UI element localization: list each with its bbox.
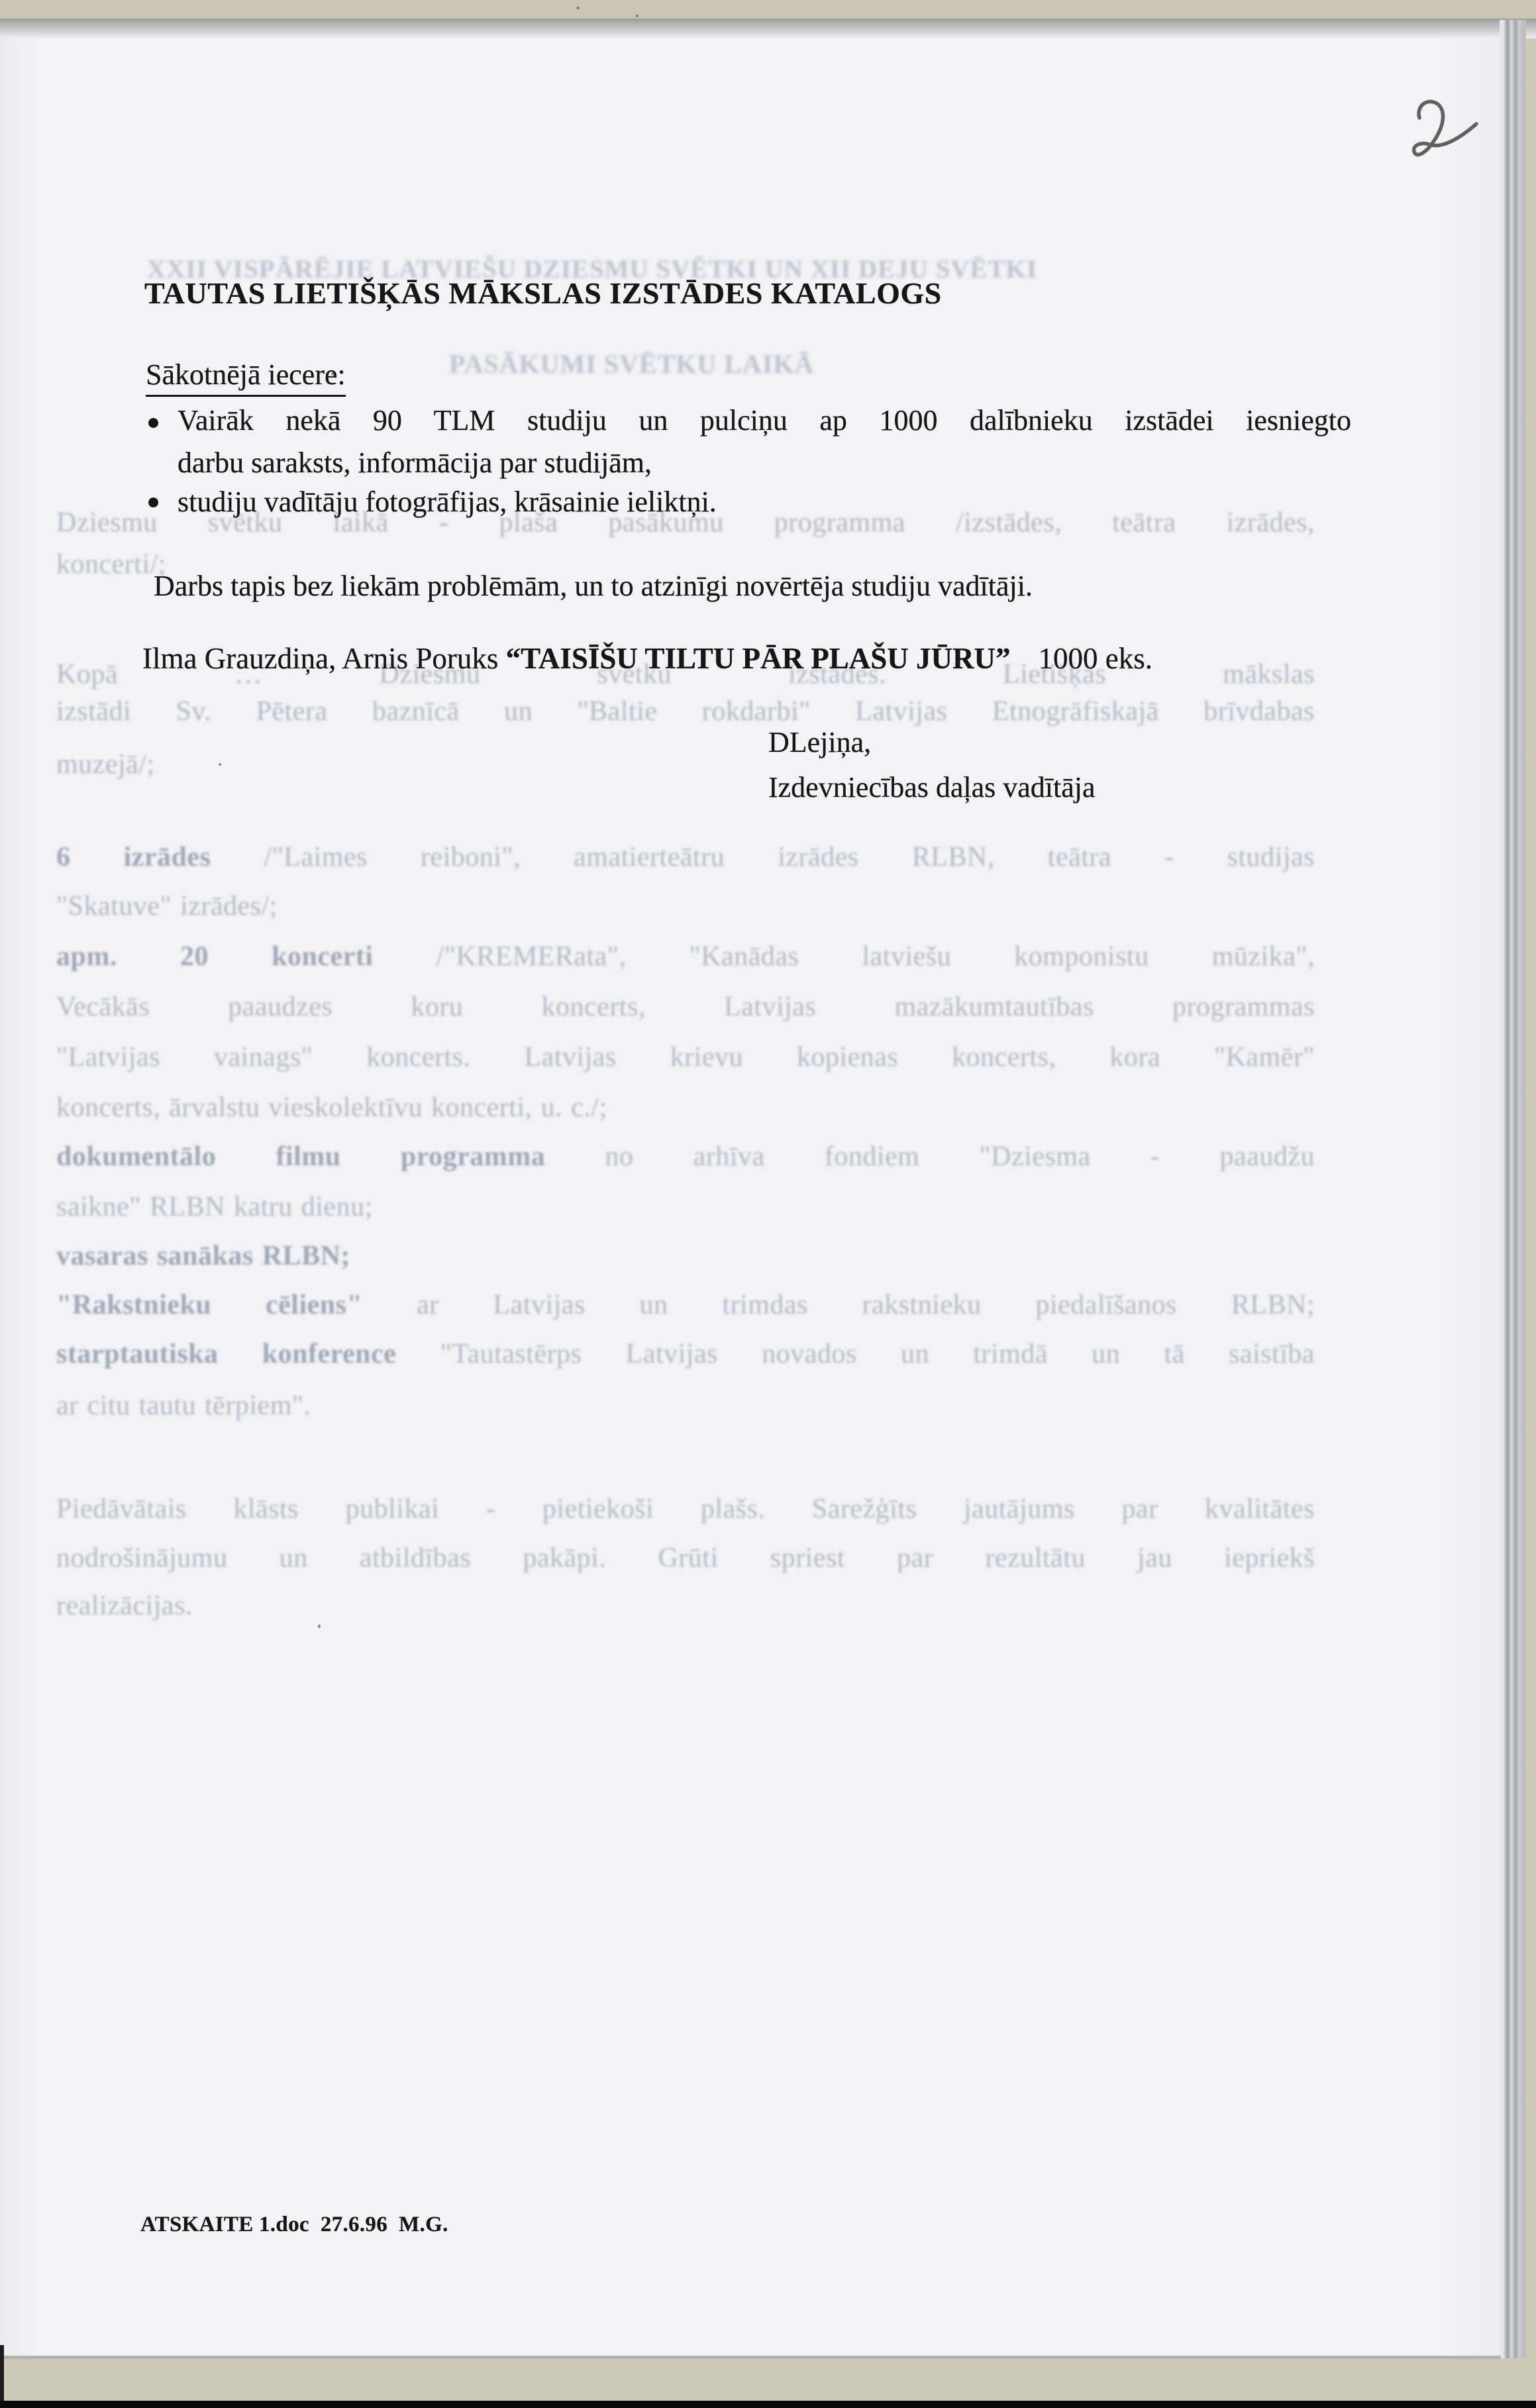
ghost-heading-events: PASĀKUMI SVĒTKU LAIKĀ bbox=[449, 348, 814, 380]
ghost-line: "Rakstnieku cēliens" ar Latvijas un trim… bbox=[56, 1288, 1315, 1322]
ghost-line: vasaras sanākas RLBN; bbox=[56, 1239, 350, 1273]
ghost-line: "Latvijas vainags" koncerts. Latvijas kr… bbox=[56, 1040, 1315, 1074]
book-authors: Ilma Grauzdiņa, Arnis Poruks bbox=[142, 642, 506, 675]
ghost-line: koncerts, ārvalstu vieskolektīvu koncert… bbox=[56, 1090, 607, 1125]
book-title: “TAISĪŠU TILTU PĀR PLAŠU JŪRU” bbox=[506, 642, 1011, 675]
signature-role: Izdevniecības daļas vadītāja bbox=[768, 766, 1096, 810]
ghost-line: ar citu tautu tērpiem". bbox=[56, 1388, 311, 1423]
ghost-line: nodrošinājumu un atbildības pakāpi. Grūt… bbox=[56, 1541, 1315, 1575]
scan-border-left bbox=[0, 2345, 4, 2408]
ghost-line: realizācijas. bbox=[56, 1589, 193, 1623]
bullet-item-line: studiju vadītāju fotogrāfijas, krāsainie… bbox=[178, 480, 717, 524]
ghost-line: "Skatuve" izrādes/; bbox=[56, 889, 278, 923]
document-title: TAUTAS LIETIŠĶĀS MĀKSLAS IZSTĀDES KATALO… bbox=[144, 276, 942, 311]
scan-border-bottom bbox=[0, 2401, 1536, 2408]
ghost-line: saikne" RLBN katru dienu; bbox=[56, 1190, 373, 1224]
bullet-item-line: darbu saraksts, informācija par studijām… bbox=[178, 441, 652, 485]
dust-speck bbox=[318, 1624, 321, 1628]
bullet-item-line: Vairāk nekā 90 TLM studiju un pulciņu ap… bbox=[178, 399, 1351, 443]
footer-file-reference: ATSKAITE 1.doc 27.6.96 M.G. bbox=[140, 2213, 448, 2237]
ghost-line: Piedāvātais klāsts publikai - pietiekoši… bbox=[56, 1492, 1315, 1526]
book-reference-line: Ilma Grauzdiņa, Arnis Poruks “TAISĪŠU TI… bbox=[142, 641, 1152, 676]
ghost-line: koncerti/; bbox=[56, 547, 166, 582]
bullet-marker bbox=[148, 418, 158, 428]
scanned-document-page: XXII VISPĀRĒJIE LATVIEŠU DZIESMU SVĒTKI … bbox=[0, 0, 1536, 2408]
book-copies: 1000 eks. bbox=[1039, 642, 1153, 675]
dust-speck bbox=[219, 763, 221, 766]
page-top-shadow bbox=[0, 19, 1536, 38]
signature-name: DLejiņa, bbox=[768, 721, 871, 764]
handwritten-page-number bbox=[1394, 93, 1494, 172]
summary-paragraph: Darbs tapis bez liekām problēmām, un to … bbox=[154, 564, 1033, 608]
bullet-marker bbox=[148, 497, 158, 507]
book-page-edge-stack bbox=[1500, 20, 1526, 2358]
ghost-line: starptautiska konference "Tautastērps La… bbox=[56, 1337, 1315, 1371]
dust-speck bbox=[576, 7, 580, 9]
ghost-line: dokumentālo filmu programma no arhīva fo… bbox=[56, 1139, 1315, 1174]
ghost-line: apm. 20 koncerti /"KREMERata", "Kanādas … bbox=[56, 939, 1315, 974]
ghost-line: muzejā/; bbox=[56, 747, 155, 782]
page-bottom-edge bbox=[0, 2356, 1501, 2359]
ghost-line: izstādi Sv. Pētera baznīcā un "Baltie ro… bbox=[56, 694, 1315, 729]
dust-speck bbox=[636, 15, 639, 17]
section-heading: Sākotnējā iecere: bbox=[146, 358, 346, 397]
scanner-bed-top bbox=[0, 0, 1536, 19]
ghost-line: Vecākās paaudzes koru koncerts, Latvijas… bbox=[56, 990, 1315, 1024]
ghost-line: 6 izrādes /"Laimes reiboni", amatierteāt… bbox=[56, 840, 1315, 874]
